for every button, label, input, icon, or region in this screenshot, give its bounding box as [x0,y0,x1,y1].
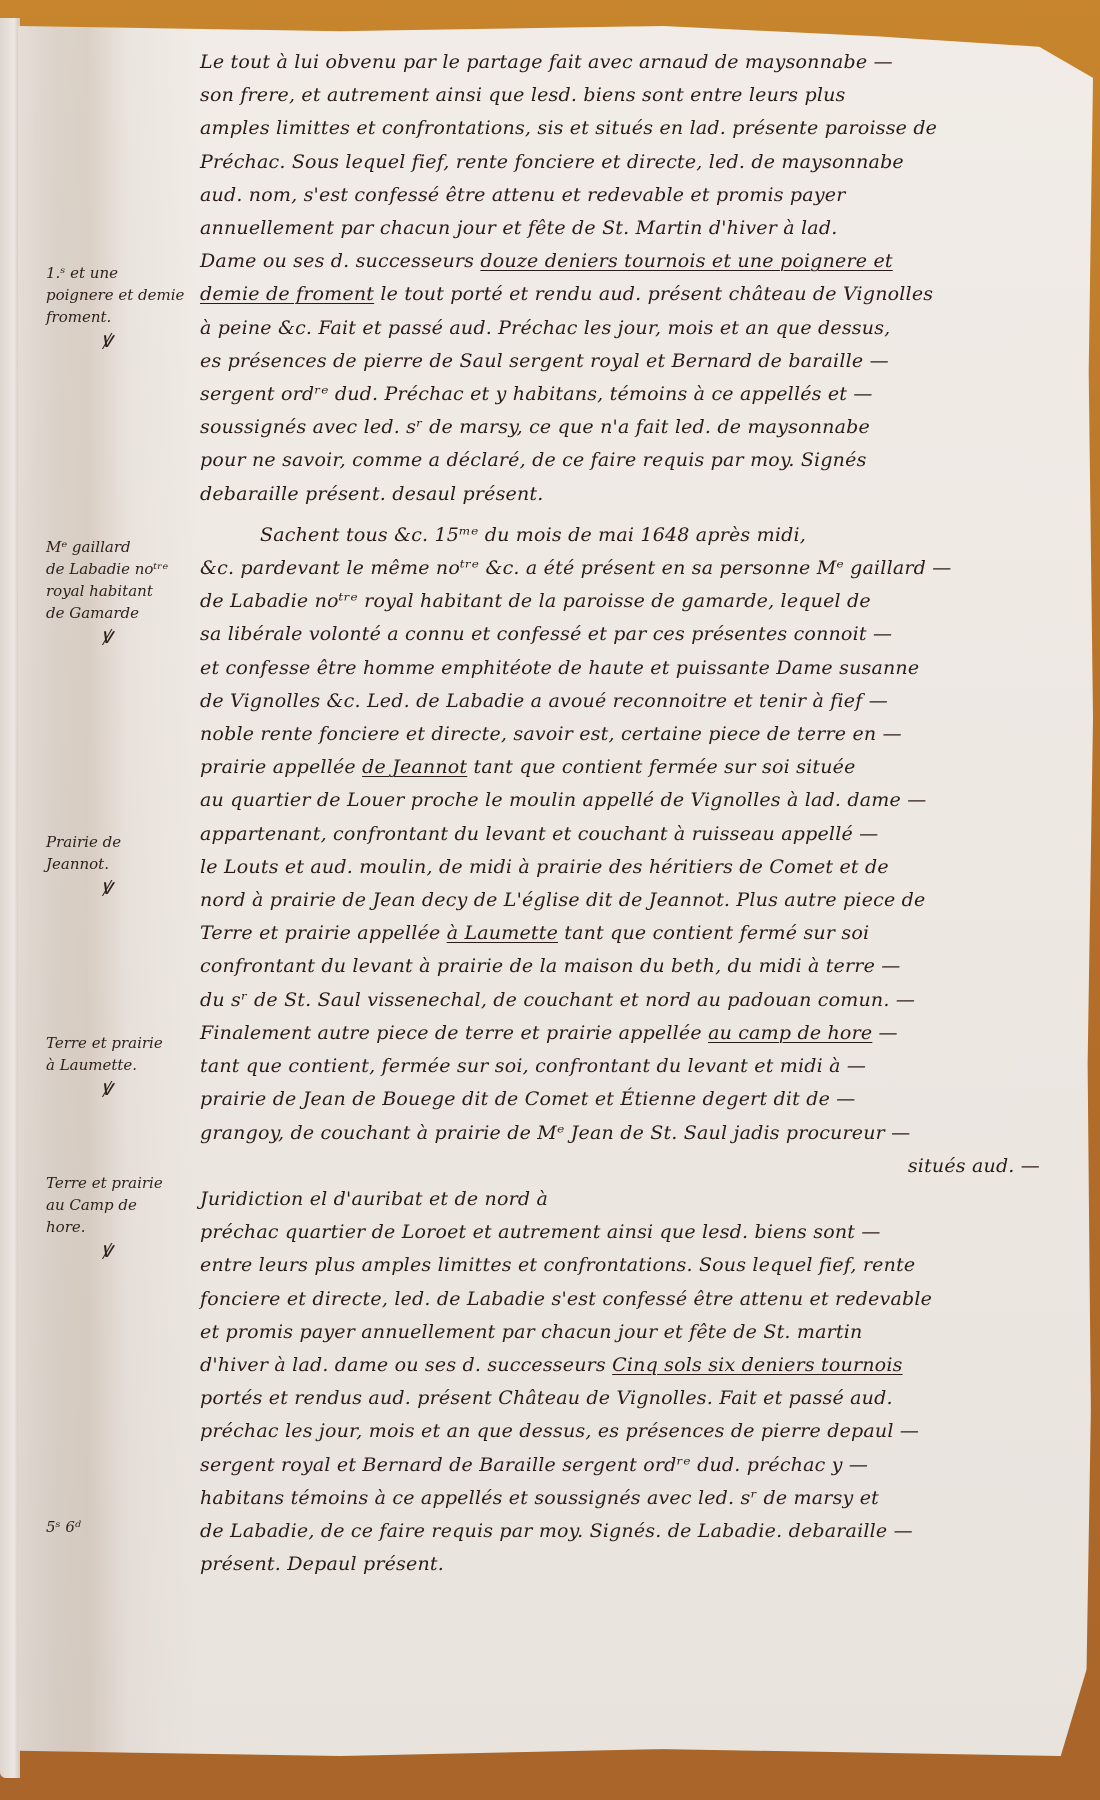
margin-note-4: Terre et prairie à Laumette. ꝟ [46,1032,216,1102]
line-text: Dame ou ses d. successeurs [200,250,480,272]
margin-note-line: hore. [46,1216,216,1238]
margin-note-line: 1.ˢ et une [46,262,216,284]
margin-note-line: de Labadie noᵗʳᵉ [46,558,216,580]
line-text: — [887,1520,912,1542]
line-text: son frere, et autrement ainsi que lesd. … [200,84,846,106]
manuscript-line: présent. Depaul présent. [200,1548,1080,1581]
manuscript-line: Terre et prairie appellée à Laumette tan… [200,917,1080,950]
margin-note-line: Jeannot. [46,853,216,875]
manuscript-line: et promis payer annuellement par chacun … [200,1316,1080,1349]
line-text: de Vignolles &c. Led. de Labadie a avoué… [200,690,862,712]
manuscript-line: demie de froment le tout porté et rendu … [200,278,1080,311]
line-text: Préchac. Sous lequel fief, rente foncier… [200,151,904,173]
line-text: au quartier de Louer proche le moulin ap… [200,789,901,811]
line-text: présent. Depaul présent. [200,1553,444,1575]
margin-note-5: Terre et prairie au Camp de hore. ꝟ [46,1172,216,1264]
line-text: tant que contient, fermée sur soi, confr… [200,1055,841,1077]
manuscript-line: et confesse être homme emphitéote de hau… [200,652,1080,685]
line-text: de Labadie, de ce faire requis par moy. … [200,1520,887,1542]
line-text: — [926,557,951,579]
line-text: et promis payer annuellement par chacun … [200,1321,862,1343]
margin-annotations: 1.ˢ et une poignere et demie froment. ꝟ … [46,26,216,1756]
line-text: préchac les jour, mois et an que dessus,… [200,1420,894,1442]
manuscript-line: portés et rendus aud. présent Château de… [200,1382,1080,1415]
line-text: — [853,823,878,845]
margin-note-2: Mᵉ gaillard de Labadie noᵗʳᵉ royal habit… [46,536,216,650]
margin-note-line: froment. [46,306,216,328]
line-text: et confesse être homme emphitéote de hau… [200,657,919,679]
manuscript-line: Préchac. Sous lequel fief, rente foncier… [200,146,1080,179]
line-text: grangoy, de couchant à prairie de Mᵉ Jea… [200,1122,885,1144]
line-text: appartenant, confrontant du levant et co… [200,823,853,845]
line-text: le Louts et aud. moulin, de midi à prair… [200,856,889,878]
line-text: debaraille présent. desaul présent. [200,483,544,505]
margin-note-line: Mᵉ gaillard [46,536,216,558]
line-text: sergent royal et Bernard de Baraille ser… [200,1454,843,1476]
manuscript-line: amples limittes et confrontations, sis e… [200,112,1080,145]
margin-note-line: Terre et prairie [46,1172,216,1194]
line-text: à peine &c. Fait et passé aud. Préchac l… [200,317,890,339]
manuscript-line: de Vignolles &c. Led. de Labadie a avoué… [200,685,1080,718]
manuscript-line: Dame ou ses d. successeurs douze deniers… [200,245,1080,278]
underlined-text: de Jeannot [362,756,467,778]
line-text: — [863,350,888,372]
line-text: Terre et prairie appellée [200,922,447,944]
manuscript-line: situés aud. — [200,1150,1080,1183]
line-text: — [875,955,900,977]
manuscript-body-text: Le tout à lui obvenu par le partage fait… [200,46,1080,1581]
paraph-mark-icon: ꝟ [46,875,216,901]
line-text: sa libérale volonté a connu et confessé … [200,623,867,645]
line-text: — [830,1088,855,1110]
line-text: Le tout à lui obvenu par le partage fait… [200,51,867,73]
underlined-text: au camp de hore [708,1022,872,1044]
line-text: noble rente fonciere et directe, savoir … [200,723,876,745]
line-text: es présences de pierre de Saul sergent r… [200,350,863,372]
line-text: préchac quartier de Loroet et autrement … [200,1221,855,1243]
line-text: amples limittes et confrontations, sis e… [200,117,937,139]
line-text: aud. nom, s'est confessé être attenu et … [200,184,845,206]
manuscript-line: confrontant du levant à prairie de la ma… [200,950,1080,983]
manuscript-line: Juridiction el d'auribat et de nord à [200,1183,1080,1216]
manuscript-line: entre leurs plus amples limittes et conf… [200,1249,1080,1282]
margin-note-line: de Gamarde [46,602,216,624]
manuscript-line: appartenant, confrontant du levant et co… [200,818,1080,851]
line-text: habitans témoins à ce appellés et soussi… [200,1487,879,1509]
manuscript-line: soussignés avec led. sʳ de marsy, ce que… [200,411,1080,444]
manuscript-line: es présences de pierre de Saul sergent r… [200,345,1080,378]
binding-edge [0,18,20,1778]
margin-note-1: 1.ˢ et une poignere et demie froment. ꝟ [46,262,216,354]
line-text: — [843,1454,868,1476]
underlined-text: à Laumette [447,922,558,944]
line-text: situés aud. [908,1155,1015,1177]
manuscript-line: le Louts et aud. moulin, de midi à prair… [200,851,1080,884]
line-text: Juridiction el d'auribat et de nord à [200,1188,548,1210]
line-text: tant que contient fermée sur soi située [467,756,855,778]
margin-note-line: royal habitant [46,580,216,602]
manuscript-line: au quartier de Louer proche le moulin ap… [200,784,1080,817]
manuscript-line: habitans témoins à ce appellés et soussi… [200,1482,1080,1515]
line-text: — [901,789,926,811]
manuscript-line: de Labadie noᵗʳᵉ royal habitant de la pa… [200,585,1080,618]
manuscript-line: nord à prairie de Jean decy de L'église … [200,884,1080,917]
line-text: tant que contient fermé sur soi [558,922,869,944]
underlined-text: douze deniers tournois et une poignere e… [480,250,892,272]
line-text: — [894,1420,919,1442]
line-text: fonciere et directe, led. de Labadie s'e… [200,1288,932,1310]
margin-note-line: Prairie de [46,831,216,853]
manuscript-line: noble rente fonciere et directe, savoir … [200,718,1080,751]
margin-note-3: Prairie de Jeannot. ꝟ [46,831,216,901]
line-text: de Labadie noᵗʳᵉ royal habitant de la pa… [200,590,871,612]
margin-note-6: 5ˢ 6ᵈ [46,1516,216,1538]
manuscript-line: du sʳ de St. Saul vissenechal, de coucha… [200,984,1080,1017]
margin-note-line: à Laumette. [46,1054,216,1076]
manuscript-line: grangoy, de couchant à prairie de Mᵉ Jea… [200,1117,1080,1150]
manuscript-line: sergent royal et Bernard de Baraille ser… [200,1449,1080,1482]
margin-note-line: 5ˢ 6ᵈ [46,1516,216,1538]
margin-note-line: poignere et demie [46,284,216,306]
manuscript-line: sergent ordʳᵉ dud. Préchac et y habitans… [200,378,1080,411]
manuscript-line: annuellement par chacun jour et fête de … [200,212,1080,245]
paraph-mark-icon: ꝟ [46,624,216,650]
line-text: d'hiver à lad. dame ou ses d. successeur… [200,1354,612,1376]
line-text: pour ne savoir, comme a déclaré, de ce f… [200,449,867,471]
paraph-mark-icon: ꝟ [46,1238,216,1264]
line-text: le tout porté et rendu aud. présent chât… [374,283,933,305]
line-text: — [867,623,892,645]
line-text: Finalement autre piece de terre et prair… [200,1022,708,1044]
line-text: entre leurs plus amples limittes et conf… [200,1254,915,1276]
manuscript-line: Finalement autre piece de terre et prair… [200,1017,1080,1050]
underlined-text: Cinq sols six deniers tournois [612,1354,902,1376]
line-text: — [1015,1155,1040,1177]
line-text: annuellement par chacun jour et fête de … [200,217,837,239]
line-text: — [841,1055,866,1077]
line-text: — [847,383,872,405]
manuscript-line: prairie appellée de Jeannot tant que con… [200,751,1080,784]
manuscript-line: fonciere et directe, led. de Labadie s'e… [200,1283,1080,1316]
paraph-mark-icon: ꝟ [46,1076,216,1102]
line-text: soussignés avec led. sʳ de marsy, ce que… [200,416,870,438]
line-text: — [890,989,915,1011]
manuscript-line: Le tout à lui obvenu par le partage fait… [200,46,1080,79]
line-text: Sachent tous &c. 15ᵐᵉ du mois de mai 164… [260,524,806,546]
manuscript-page: 1.ˢ et une poignere et demie froment. ꝟ … [18,26,1093,1756]
manuscript-line: Sachent tous &c. 15ᵐᵉ du mois de mai 164… [200,519,1080,552]
manuscript-line: sa libérale volonté a connu et confessé … [200,618,1080,651]
line-text: nord à prairie de Jean decy de L'église … [200,889,925,911]
manuscript-line: pour ne savoir, comme a déclaré, de ce f… [200,444,1080,477]
manuscript-line: préchac quartier de Loroet et autrement … [200,1216,1080,1249]
manuscript-line: à peine &c. Fait et passé aud. Préchac l… [200,312,1080,345]
manuscript-line: debaraille présent. desaul présent. [200,478,1080,511]
line-text: — [855,1221,880,1243]
margin-note-line: Terre et prairie [46,1032,216,1054]
line-text: portés et rendus aud. présent Château de… [200,1387,893,1409]
line-text: — [867,51,892,73]
line-text: &c. pardevant le même noᵗʳᵉ &c. a été pr… [200,557,926,579]
manuscript-line: son frere, et autrement ainsi que lesd. … [200,79,1080,112]
line-text: — [876,723,901,745]
underlined-text: demie de froment [200,283,374,305]
line-text: prairie de Jean de Bouege dit de Comet e… [200,1088,830,1110]
line-text: du sʳ de St. Saul vissenechal, de coucha… [200,989,890,1011]
margin-note-line: au Camp de [46,1194,216,1216]
manuscript-line: prairie de Jean de Bouege dit de Comet e… [200,1083,1080,1116]
line-text: — [872,1022,897,1044]
line-text: prairie appellée [200,756,362,778]
manuscript-line: aud. nom, s'est confessé être attenu et … [200,179,1080,212]
manuscript-line: d'hiver à lad. dame ou ses d. successeur… [200,1349,1080,1382]
line-text: — [885,1122,910,1144]
manuscript-line: tant que contient, fermée sur soi, confr… [200,1050,1080,1083]
line-text: sergent ordʳᵉ dud. Préchac et y habitans… [200,383,847,405]
line-text: confrontant du levant à prairie de la ma… [200,955,875,977]
manuscript-line: &c. pardevant le même noᵗʳᵉ &c. a été pr… [200,552,1080,585]
paraph-mark-icon: ꝟ [46,328,216,354]
manuscript-line: de Labadie, de ce faire requis par moy. … [200,1515,1080,1548]
manuscript-line: préchac les jour, mois et an que dessus,… [200,1415,1080,1448]
line-text: — [862,690,887,712]
